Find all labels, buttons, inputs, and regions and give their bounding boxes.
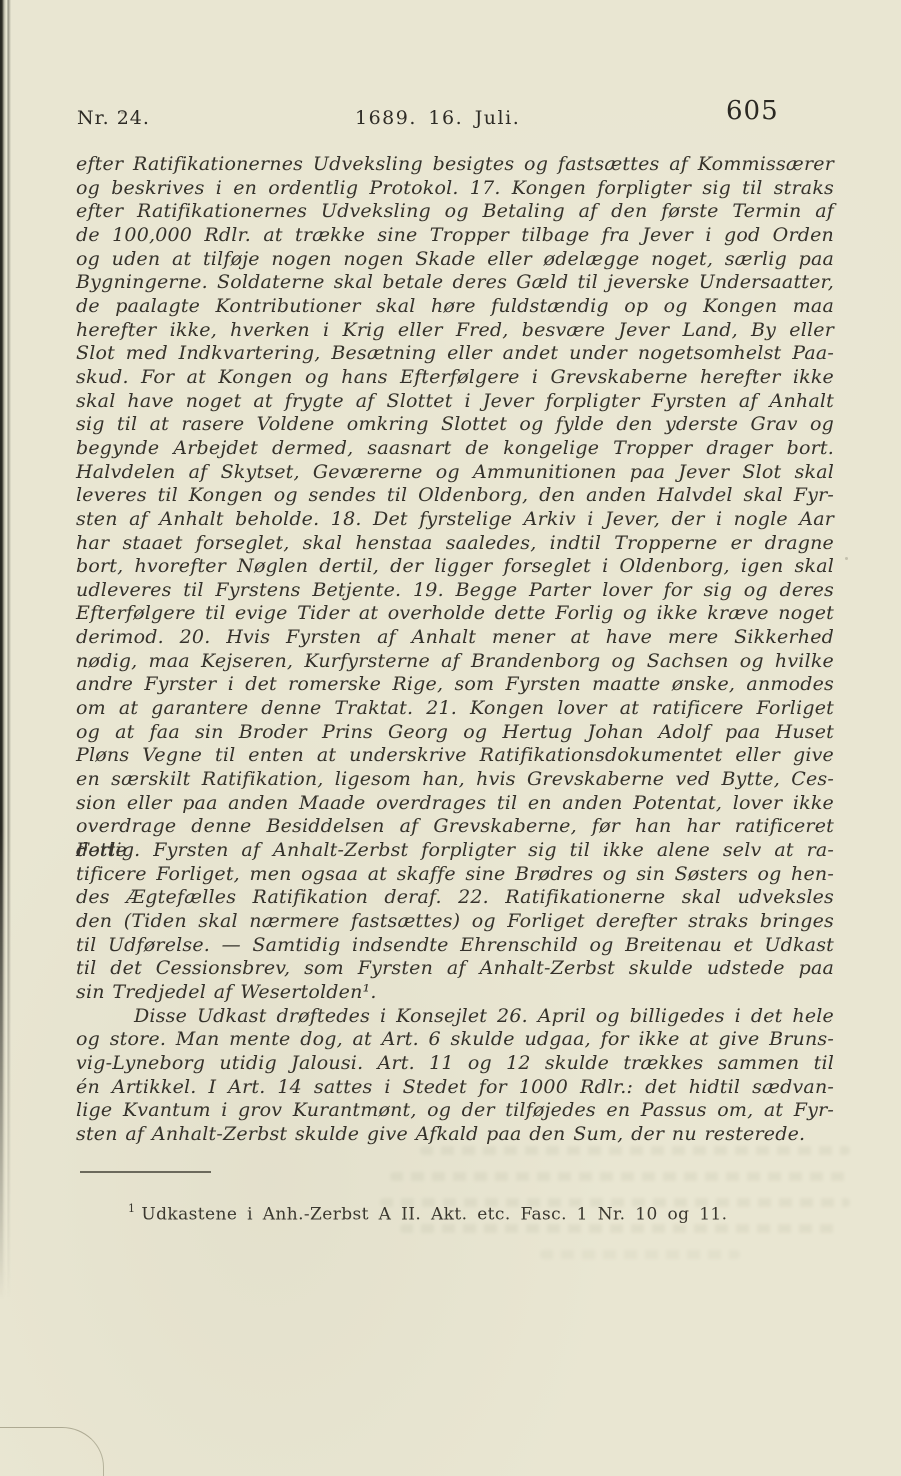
text-line: og at faa sin Broder Prins Georg og Hert…	[76, 721, 834, 745]
text-line: Efterfølgere til evige Tider at overhold…	[76, 602, 834, 626]
text-line: og beskrives i en ordentlig Protokol. 17…	[76, 177, 834, 201]
text-line: derimod. 20. Hvis Fyrsten af Anhalt mene…	[76, 626, 834, 650]
page-text: efter Ratifikationernes Udveksling besig…	[76, 153, 834, 1147]
text-line: en særskilt Ratifikation, ligesom han, h…	[76, 768, 834, 792]
text-line: begynde Arbejdet dermed, saasnart de kon…	[76, 437, 834, 461]
book-page: Nr. 24. 1689. 16. Juli. 605 efter Ratifi…	[0, 0, 901, 1476]
footnote-text: Udkastene i Anh.-Zerbst A II. Akt. etc. …	[141, 1205, 727, 1225]
text-line: til det Cessionsbrev, som Fyrsten af Anh…	[76, 957, 834, 981]
text-line: bort, hvorefter Nøglen dertil, der ligge…	[76, 555, 834, 579]
binding-spine-shadow	[0, 0, 13, 1340]
text-line: sion eller paa anden Maade overdrages ti…	[76, 792, 834, 816]
text-line: Bygningerne. Soldaterne skal betale dere…	[76, 271, 834, 295]
show-through-ghost-text	[540, 1250, 740, 1259]
text-line: sig til at rasere Voldene omkring Slotte…	[76, 413, 834, 437]
text-line: sten af Anhalt beholde. 18. Det fyrsteli…	[76, 508, 834, 532]
text-line: og store. Man mente dog, at Art. 6 skuld…	[76, 1028, 834, 1052]
show-through-ghost-text	[400, 1224, 840, 1233]
text-line: Forlig. Fyrsten af Anhalt-Zerbst forplig…	[76, 839, 834, 863]
text-line: én Artikkel. I Art. 14 sattes i Stedet f…	[76, 1076, 834, 1100]
header-date: 1689. 16. Juli.	[355, 107, 520, 129]
text-line: lige Kvantum i grov Kurantmønt, og der t…	[76, 1099, 834, 1123]
footnote: 1Udkastene i Anh.-Zerbst A II. Akt. etc.…	[128, 1203, 808, 1225]
text-line: Slot med Indkvartering, Besætning eller …	[76, 342, 834, 366]
text-line: des Ægtefælles Ratifikation deraf. 22. R…	[76, 886, 834, 910]
paper-speck	[845, 557, 848, 560]
text-line: til Udførelse. — Samtidig indsendte Ehre…	[76, 934, 834, 958]
text-line: andre Fyrster i det romerske Rige, som F…	[76, 673, 834, 697]
text-line: Disse Udkast drøftedes i Konsejlet 26. A…	[76, 1005, 834, 1029]
footnote-separator	[80, 1171, 211, 1173]
text-line: herefter ikke, hverken i Krig eller Fred…	[76, 319, 834, 343]
text-line: efter Ratifikationernes Udveksling og Be…	[76, 200, 834, 224]
footnote-marker: 1	[128, 1202, 135, 1215]
text-line: sten af Anhalt-Zerbst skulde give Afkald…	[76, 1123, 834, 1147]
page-corner-curl	[0, 1427, 104, 1476]
text-line: Pløns Vegne til enten at underskrive Rat…	[76, 744, 834, 768]
text-line: efter Ratifikationernes Udveksling besig…	[76, 153, 834, 177]
text-line: har staaet forseglet, skal henstaa saale…	[76, 532, 834, 556]
text-line: tificere Forliget, men ogsaa at skaffe s…	[76, 863, 834, 887]
text-line: skal have noget at frygte af Slottet i J…	[76, 390, 834, 414]
text-line: leveres til Kongen og sendes til Oldenbo…	[76, 484, 834, 508]
text-line: de paalagte Kontributioner skal høre ful…	[76, 295, 834, 319]
text-line: de 100,000 Rdlr. at trække sine Tropper …	[76, 224, 834, 248]
text-line: sin Tredjedel af Wesertolden¹.	[76, 981, 834, 1005]
text-line: overdrage denne Besiddelsen af Grevskabe…	[76, 815, 834, 839]
show-through-ghost-text	[390, 1172, 850, 1181]
text-line: udleveres til Fyrstens Betjente. 19. Beg…	[76, 579, 834, 603]
text-line: den (Tiden skal nærmere fastsættes) og F…	[76, 910, 834, 934]
text-line: skud. For at Kongen og hans Efterfølgere…	[76, 366, 834, 390]
text-line: Halvdelen af Skytset, Geværerne og Ammun…	[76, 461, 834, 485]
show-through-ghost-text	[420, 1146, 850, 1155]
text-line: om at garantere denne Traktat. 21. Konge…	[76, 697, 834, 721]
text-line: vig-Lyneborg utidig Jalousi. Art. 11 og …	[76, 1052, 834, 1076]
page-number: 605	[726, 96, 779, 126]
document-number: Nr. 24.	[77, 107, 150, 129]
text-line: nødig, maa Kejseren, Kurfyrsterne af Bra…	[76, 650, 834, 674]
text-line: og uden at tilføje nogen nogen Skade ell…	[76, 248, 834, 272]
